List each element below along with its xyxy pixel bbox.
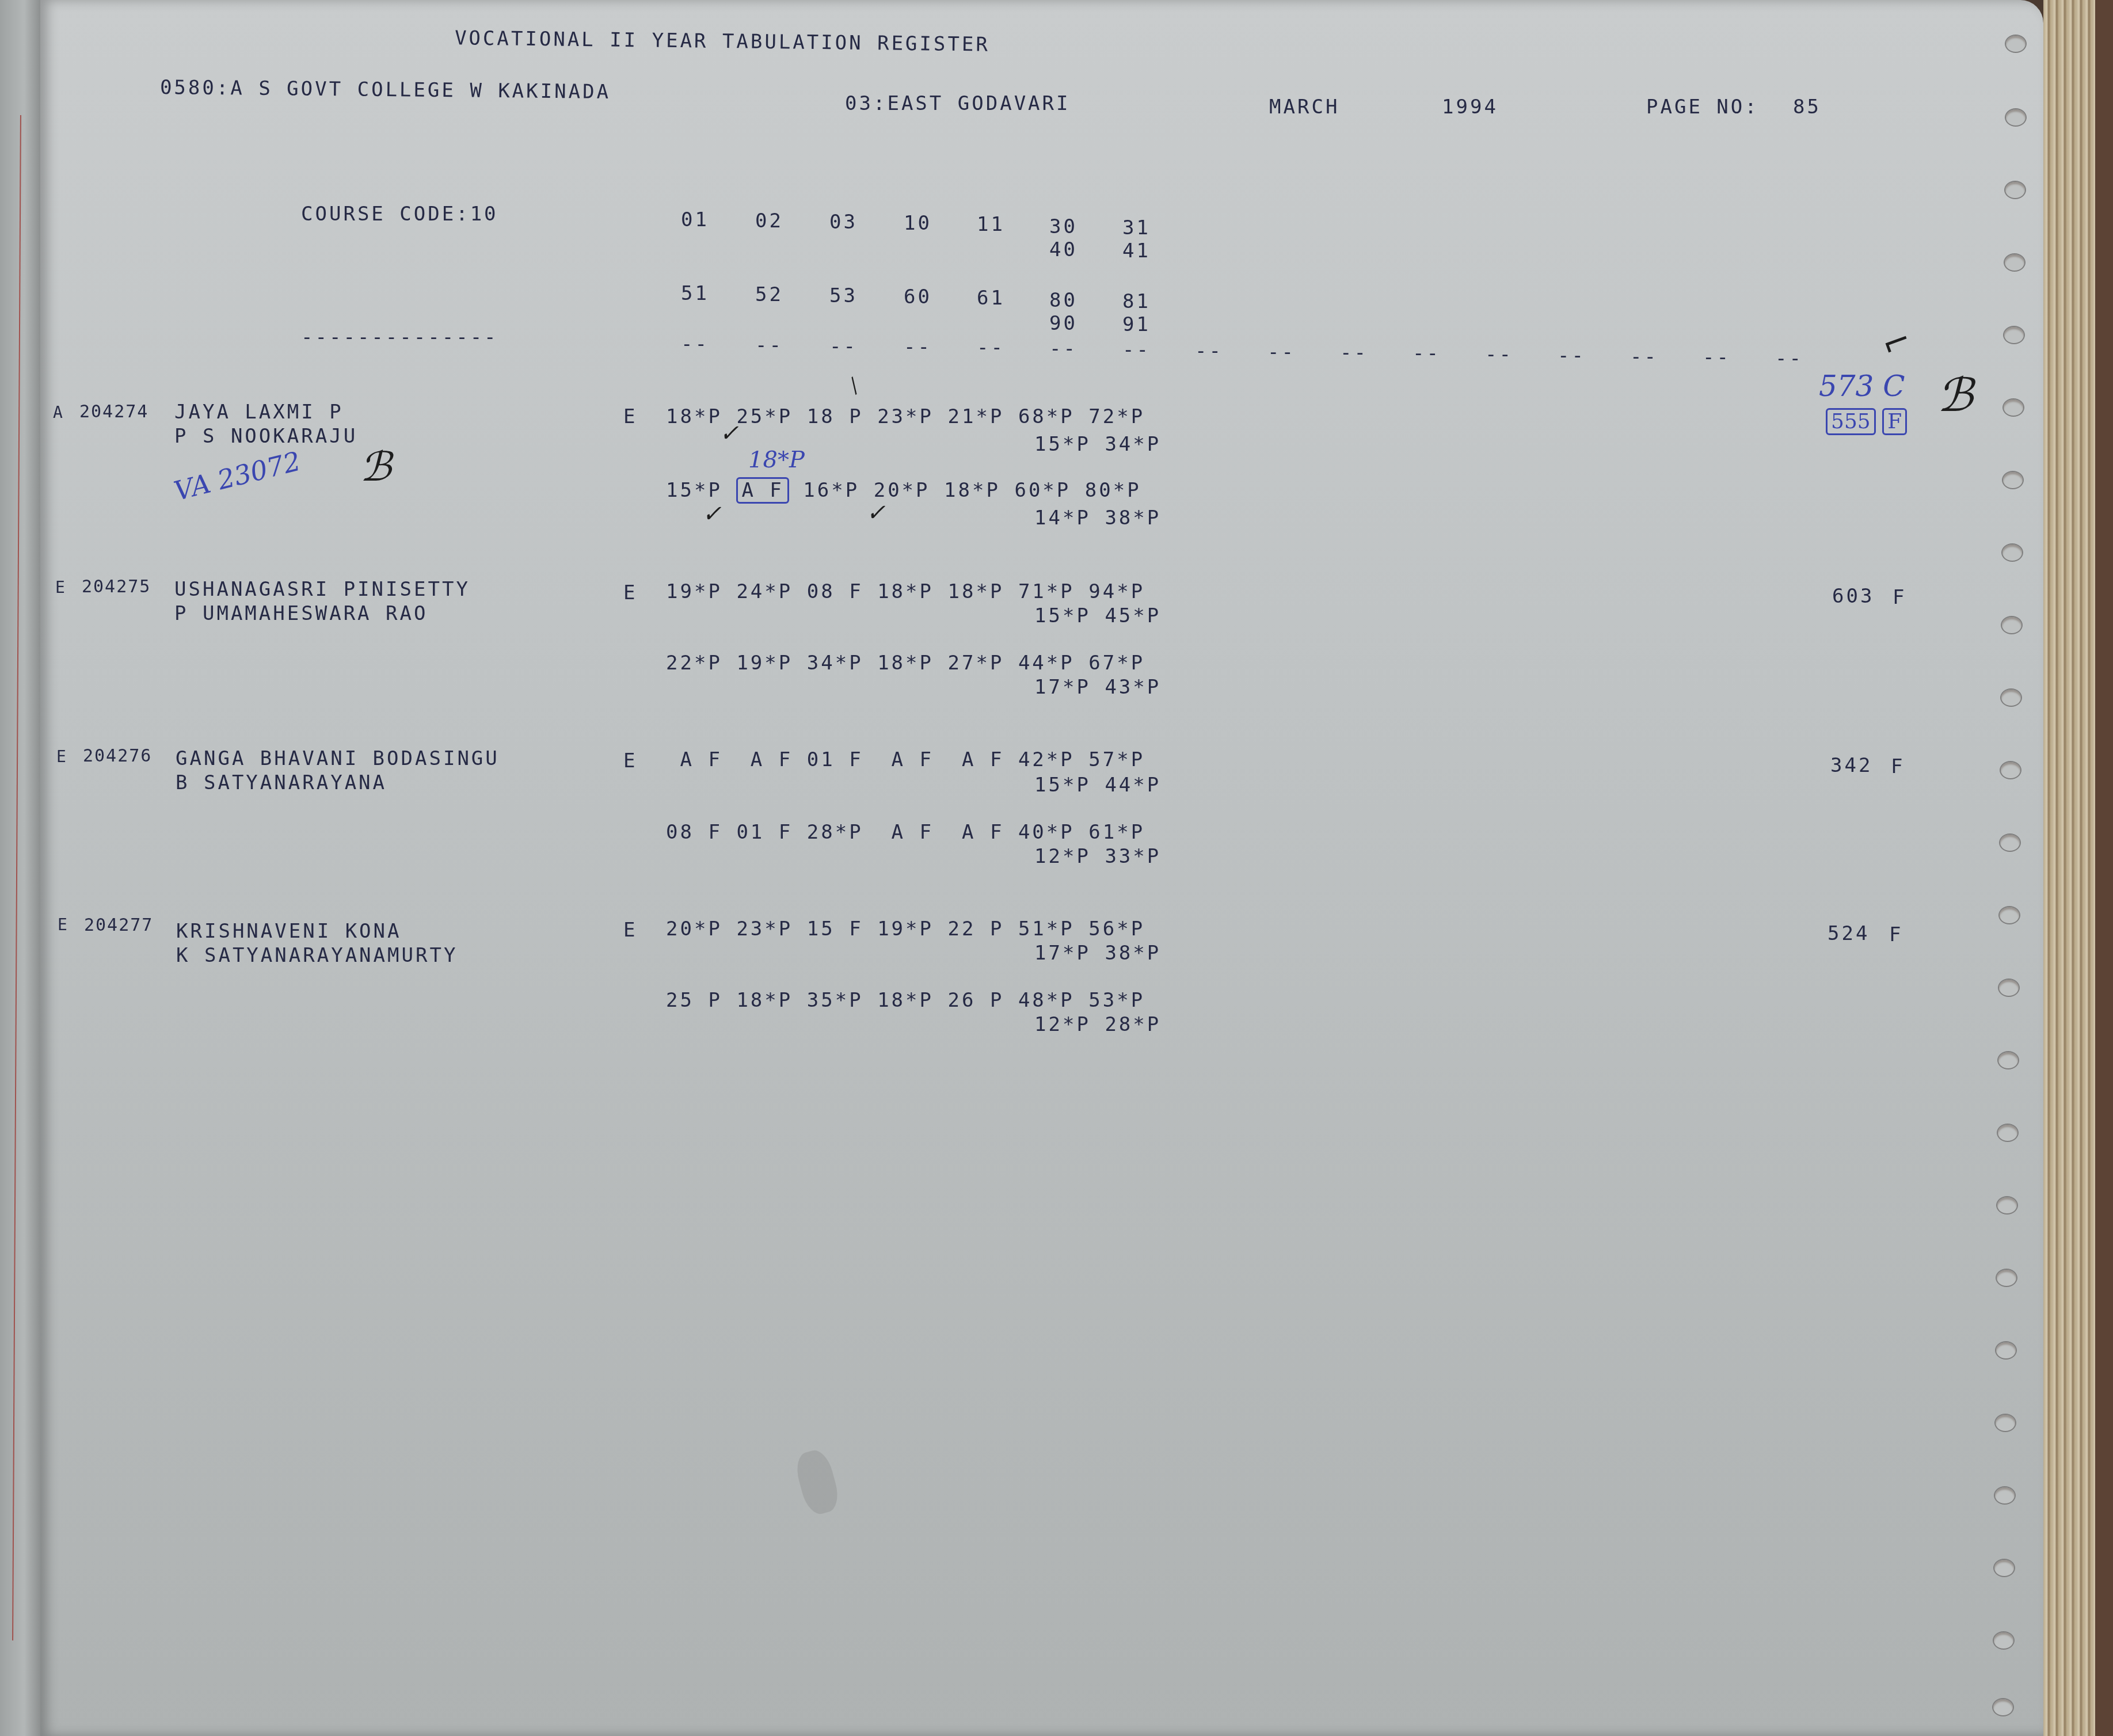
binder-hole-icon [1999,833,2021,852]
subject-code: 01 [681,208,709,231]
result-status: F [1889,923,1903,946]
marks-row2-sub: 12*P 28*P [1034,1013,1161,1036]
register-number: 204277 [84,915,153,935]
subject-code: 30 [1049,215,1078,238]
subject-sub-code: 40 [1049,238,1078,261]
district-name: 03:EAST GODAVARI [845,92,1071,115]
grand-total: 603 [1832,585,1874,608]
marks-row1: A F A F 01 F A F A F 42*P 57*P [666,748,1145,771]
category-code: E [58,915,70,934]
dash-group: -- [829,335,858,358]
binder-hole-icon [2005,108,2027,127]
grand-total: 342 [1830,754,1872,777]
binder-hole-icon [2003,326,2025,344]
tick-mark-icon: ✓ [719,420,739,447]
dash-group: -- [755,334,783,357]
father-name: P UMAMAHESWARA RAO [174,602,428,625]
binder-hole-icon [2002,471,2024,489]
dash-group: -- [1485,343,1513,366]
subject-code: 81 [1122,290,1151,313]
course-code-label: COURSE CODE:10 [301,203,498,226]
subject-sub-code: 91 [1122,313,1151,336]
medium-code: E [623,749,637,772]
initials-signature-icon: ℬ [360,443,391,490]
initials-signature-icon: ℬ [1937,368,1973,422]
binder-hole-icon [1998,979,2020,997]
exam-month: MARCH [1269,96,1339,119]
binder-hole-icon [2000,688,2022,707]
subject-code: 61 [977,287,1005,310]
register-number: 204274 [79,402,149,422]
subject-sub-code: 90 [1049,312,1078,335]
father-name: P S NOOKARAJU [174,425,357,448]
page-number: 85 [1793,96,1821,119]
dash-group: -- [1195,340,1223,363]
marks-row1: 19*P 24*P 08 F 18*P 18*P 71*P 94*P [666,580,1145,603]
tick-mark-icon: ✓ [702,501,722,527]
register-number: 204275 [82,577,151,597]
dash-group: -- [1413,342,1441,365]
binder-hole-icon [1997,1124,2019,1142]
grand-total: 524 [1828,922,1870,945]
binder-hole-icon [2005,35,2027,53]
dash-group: -- [977,336,1005,359]
dash-group: -- [1558,344,1586,367]
category-code: E [55,578,67,597]
handwritten-correction: 18*P [748,447,805,473]
smudge-mark [793,1447,842,1517]
marks-row2: 08 F 01 F 28*P A F A F 40*P 61*P [666,821,1145,844]
result-status: F [1893,586,1906,609]
result-status: F [1891,755,1905,778]
college-name: 0580:A S GOVT COLLEGE W KAKINADA [160,76,611,104]
dash-group: -- [1775,347,1803,370]
dash-group: -- [904,336,932,359]
page-number-label: PAGE NO: [1646,96,1759,119]
binder-hole-icon [2000,761,2021,779]
binder-hole-icon [2001,616,2023,634]
dash-group: -- [681,333,709,356]
subject-code: 02 [755,210,783,233]
subject-code: 80 [1049,289,1078,312]
subject-code: 31 [1122,216,1151,239]
marks-row2-sub: 14*P 38*P [1034,507,1161,530]
father-name: K SATYANARAYANAMURTY [176,944,458,967]
book-cover-edge [2095,0,2113,1736]
student-name: USHANAGASRI PINISETTY [174,578,470,601]
binder-hole-icon [2002,398,2024,417]
separator-rule: -------------- [301,326,498,349]
binder-hole-icon [1994,1414,2016,1432]
circled-absent-mark: A F [736,477,789,504]
binder-hole-icon [1993,1559,2015,1577]
subject-code: 10 [904,212,932,235]
register-page [40,0,2043,1736]
student-name: GANGA BHAVANI BODASINGU [176,747,500,770]
student-name: KRISHNAVENI KONA [176,920,402,943]
margin-rule [12,115,21,1640]
subject-code: 52 [755,283,783,306]
marks-row1-sub: 15*P 44*P [1034,774,1161,797]
medium-code: E [623,405,637,428]
binder-hole-icon [2004,181,2026,199]
binder-hole-icon [1994,1486,2016,1505]
marks-row1-sub: 17*P 38*P [1034,942,1161,965]
dash-group: -- [1049,337,1078,360]
subject-code: 60 [904,285,932,309]
subject-code: 11 [977,213,1005,236]
subject-code: 03 [829,211,858,234]
marks-row1-sub: 15*P 34*P [1034,433,1161,456]
subject-code: 51 [681,282,709,305]
marks-row2-sub: 12*P 33*P [1034,845,1161,868]
handwritten-total: 573 C [1819,370,1905,403]
binder-hole-icon [1996,1196,2018,1215]
category-code: A [53,403,65,422]
dash-group: -- [1122,338,1151,361]
father-name: B SATYANARAYANA [176,771,387,794]
register-number: 204276 [83,746,152,766]
binder-hole-icon [1998,906,2020,924]
binder-hole-icon [1996,1269,2017,1287]
category-code: E [56,747,68,766]
marks-row2: 15*P A F 16*P 20*P 18*P 60*P 80*P [666,479,1141,502]
medium-code: E [623,919,637,942]
binder-hole-icon [2001,543,2023,562]
student-name: JAYA LAXMI P [174,401,344,424]
exam-year: 1994 [1442,96,1498,119]
marks-row1-sub: 15*P 45*P [1034,604,1161,627]
binder-hole-icon [1993,1631,2015,1650]
dash-group: -- [1630,345,1658,368]
medium-code: E [623,581,637,604]
subject-code: 53 [829,284,858,307]
binder-hole-icon [1995,1341,2017,1360]
dash-group: -- [1340,341,1368,364]
marks-row2-sub: 17*P 43*P [1034,676,1161,699]
tick-mark-icon: ✓ [866,500,886,526]
dash-group: -- [1703,346,1731,369]
binder-hole-icon [2004,253,2026,272]
marks-row2: 22*P 19*P 34*P 18*P 27*P 44*P 67*P [666,652,1145,675]
subject-sub-code: 41 [1122,239,1151,262]
dash-group: -- [1267,341,1296,364]
marks-row2: 25 P 18*P 35*P 18*P 26 P 48*P 53*P [666,989,1145,1012]
marks-row1: 20*P 23*P 15 F 19*P 22 P 51*P 56*P [666,918,1145,941]
boxed-revised-total: 555 F [1826,410,1907,433]
facing-page-edge [0,0,40,1736]
binder-hole-icon [1997,1051,2019,1069]
binder-hole-icon [1992,1698,2014,1716]
